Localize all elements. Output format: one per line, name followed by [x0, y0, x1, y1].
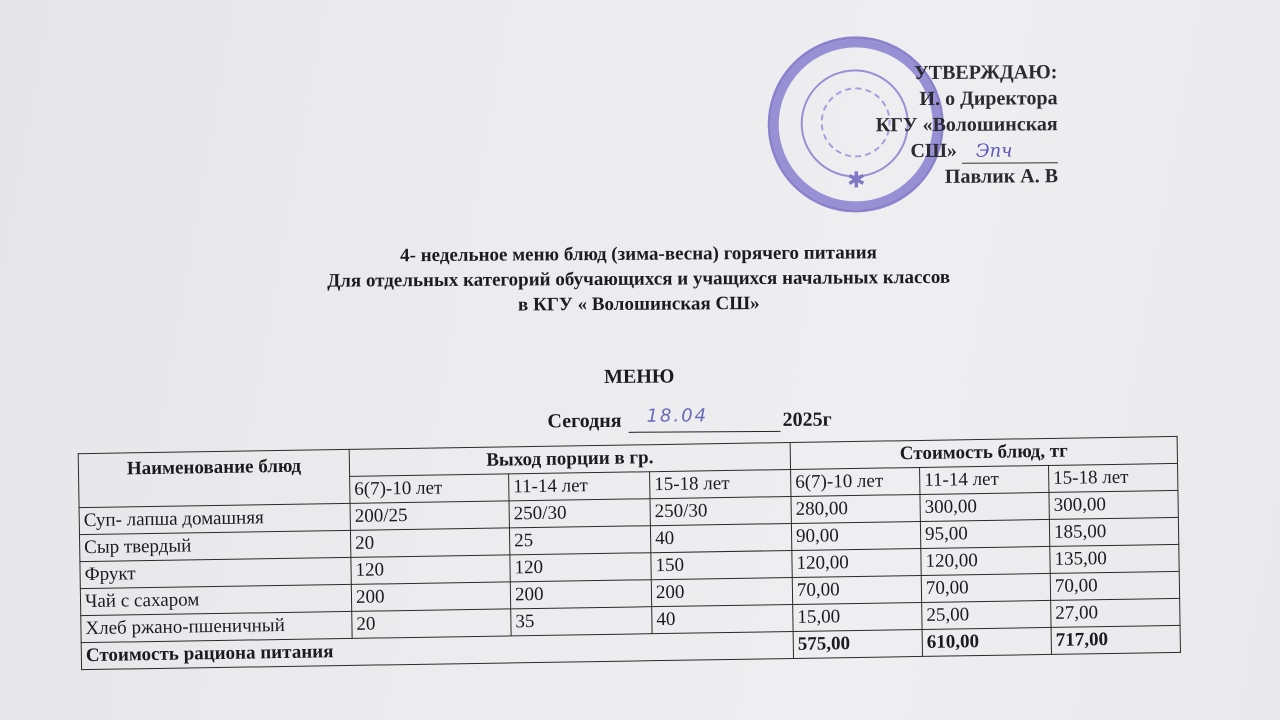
- total-cost: 610,00: [922, 627, 1051, 656]
- cost-cell: 70,00: [921, 573, 1050, 602]
- document-page: ✱ УТВЕРЖДАЮ: И. о Директора КГУ «Волошин…: [0, 0, 1280, 720]
- cost-cell: 135,00: [1050, 544, 1179, 573]
- cost-cell: 70,00: [1050, 571, 1179, 600]
- menu-heading: МЕНЮ: [0, 362, 1279, 393]
- portion-cell: 25: [509, 526, 650, 555]
- portion-cell: 20: [350, 528, 509, 557]
- cost-cell: 27,00: [1051, 598, 1180, 627]
- document-title: 4- недельное меню блюд (зима-весна) горя…: [0, 238, 1279, 321]
- menu-table: Наименование блюд Выход порции в гр. Сто…: [78, 436, 1181, 670]
- age-header: 6(7)-10 лет: [350, 474, 509, 503]
- portion-cell: 120: [510, 553, 651, 582]
- cost-cell: 120,00: [792, 548, 921, 577]
- portion-cell: 200: [351, 582, 510, 611]
- portion-cell: 250/30: [509, 499, 650, 528]
- age-header: 15-18 лет: [650, 469, 791, 498]
- cost-cell: 90,00: [791, 521, 920, 550]
- cost-cell: 280,00: [791, 494, 920, 523]
- approval-heading: УТВЕРЖДАЮ:: [875, 59, 1057, 86]
- approval-org-cont: СШ» Эпч: [876, 137, 1058, 164]
- handwritten-date: 18.04: [646, 405, 708, 426]
- cost-cell: 300,00: [1049, 490, 1178, 519]
- portion-cell: 150: [651, 550, 792, 579]
- approval-name: Павлик А. В: [876, 163, 1058, 190]
- star-icon: ✱: [847, 167, 866, 193]
- cost-cell: 25,00: [922, 600, 1051, 629]
- dish-name: Чай с сахаром: [80, 584, 351, 615]
- approval-block: УТВЕРЖДАЮ: И. о Директора КГУ «Волошинск…: [875, 59, 1058, 190]
- cost-cell: 95,00: [920, 519, 1049, 548]
- approval-org: КГУ «Волошинская: [876, 111, 1058, 138]
- portion-cell: 250/30: [650, 496, 791, 525]
- signature: Эпч: [976, 138, 1013, 164]
- portion-cell: 200/25: [350, 501, 509, 530]
- year: 2025г: [782, 409, 831, 431]
- portion-cell: 35: [511, 607, 652, 636]
- approval-org-end: СШ»: [910, 140, 957, 162]
- portion-cell: 40: [652, 604, 793, 633]
- portion-cell: 200: [651, 577, 792, 606]
- portion-cell: 40: [650, 523, 791, 552]
- dish-name: Хлеб ржано-пшеничный: [81, 611, 352, 642]
- age-header: 11-14 лет: [509, 472, 650, 501]
- today-label: Сегодня: [547, 410, 621, 432]
- portion-cell: 20: [352, 609, 511, 638]
- age-header: 6(7)-10 лет: [791, 467, 920, 496]
- total-cost: 575,00: [793, 629, 922, 658]
- dish-name: Сыр твердый: [79, 530, 350, 561]
- cost-cell: 300,00: [920, 492, 1049, 521]
- portion-cell: 200: [510, 580, 651, 609]
- age-header: 11-14 лет: [920, 465, 1049, 494]
- cost-cell: 120,00: [921, 546, 1050, 575]
- cost-cell: 185,00: [1049, 517, 1178, 546]
- signature-line: Эпч: [962, 144, 1058, 164]
- age-header: 15-18 лет: [1049, 463, 1178, 492]
- portion-cell: 120: [351, 555, 510, 584]
- cost-cell: 15,00: [793, 602, 922, 631]
- today-date: Сегодня 18.042025г: [547, 409, 831, 434]
- approval-position: И. о Директора: [875, 85, 1057, 112]
- dish-name: Суп- лапша домашняя: [79, 503, 350, 534]
- cost-cell: 70,00: [792, 575, 921, 604]
- col-header-name: Наименование блюд: [78, 449, 350, 507]
- date-line: 18.04: [629, 411, 781, 433]
- dish-name: Фрукт: [80, 557, 351, 588]
- total-cost: 717,00: [1051, 625, 1180, 654]
